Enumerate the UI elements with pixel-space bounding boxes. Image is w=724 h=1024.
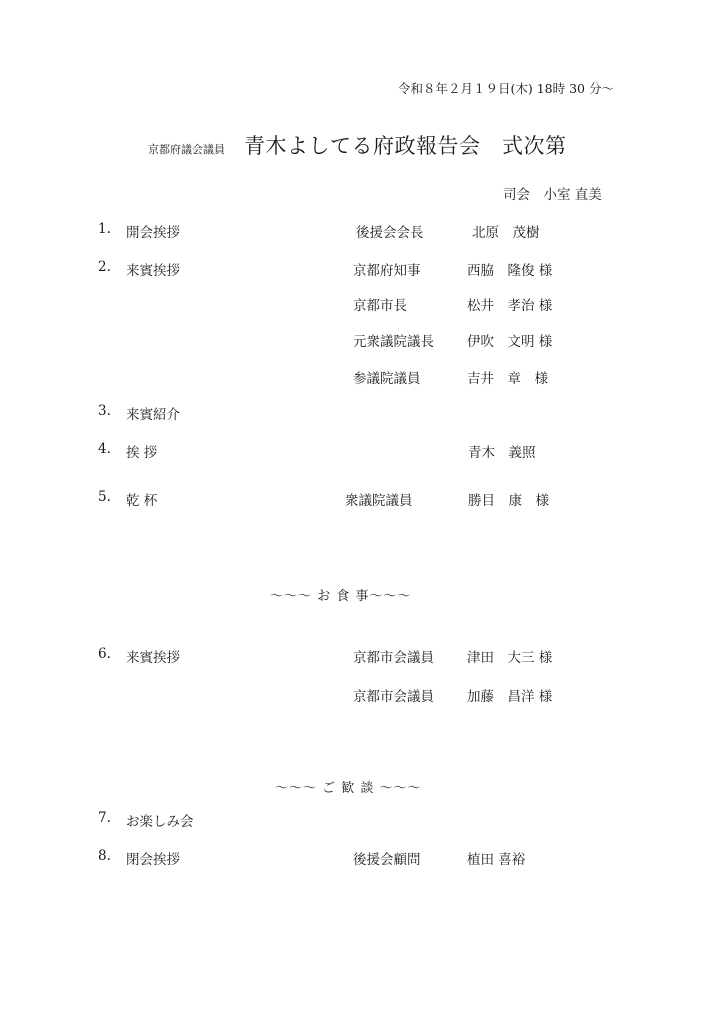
program-item: 挨 拶 — [126, 441, 157, 461]
section-divider-meal: ～～～ お 食 事～～～ — [270, 585, 411, 604]
speaker-name: 加藤 昌洋 様 — [467, 685, 552, 705]
speaker-role: 参議院議員 — [353, 367, 421, 387]
program-item: 開会挨拶 — [126, 221, 180, 241]
item-number: 3. — [98, 403, 111, 419]
speaker-role: 後援会顧問 — [353, 848, 421, 868]
title-prefix: 京都府議会議員 — [148, 141, 225, 157]
section-divider-chat: ～～～ ご 歓 談 ～～～ — [275, 777, 422, 796]
page-title: 青木よしてる府政報告会 式次第 — [244, 130, 567, 160]
item-number: 6. — [98, 646, 111, 662]
item-number: 7. — [98, 810, 111, 826]
item-number: 8. — [98, 848, 111, 864]
program-item: 来賓紹介 — [126, 403, 180, 423]
speaker-name: 吉井 章 様 — [467, 367, 548, 387]
speaker-name: 津田 大三 様 — [467, 646, 552, 666]
emcee: 司会 小室 直美 — [503, 183, 602, 203]
item-number: 5. — [98, 489, 111, 505]
speaker-name: 松井 孝治 様 — [467, 294, 552, 314]
speaker-name: 北原 茂樹 — [472, 221, 540, 241]
speaker-name: 植田 喜裕 — [467, 848, 525, 868]
speaker-role: 京都市長 — [353, 294, 407, 314]
speaker-role: 元衆議院議長 — [353, 330, 434, 350]
speaker-name: 青木 義照 — [468, 441, 536, 461]
speaker-name: 勝目 康 様 — [468, 489, 549, 509]
speaker-role: 京都市会議員 — [353, 646, 434, 666]
item-number: 1. — [98, 221, 111, 237]
speaker-role: 京都府知事 — [353, 259, 421, 279]
event-date: 令和８年２月１９日(木) 18時 30 分～ — [398, 79, 614, 97]
speaker-name: 伊吹 文明 様 — [467, 330, 552, 350]
program-item: お楽しみ会 — [126, 810, 194, 830]
program-item: 閉会挨拶 — [126, 848, 180, 868]
program-item: 来賓挨拶 — [126, 646, 180, 666]
program-item: 来賓挨拶 — [126, 259, 180, 279]
item-number: 4. — [98, 441, 111, 457]
program-item: 乾 杯 — [126, 489, 157, 509]
speaker-role: 衆議院議員 — [345, 489, 413, 509]
speaker-role: 後援会会長 — [356, 221, 424, 241]
speaker-role: 京都市会議員 — [353, 685, 434, 705]
item-number: 2. — [98, 259, 111, 275]
speaker-name: 西脇 隆俊 様 — [467, 259, 552, 279]
